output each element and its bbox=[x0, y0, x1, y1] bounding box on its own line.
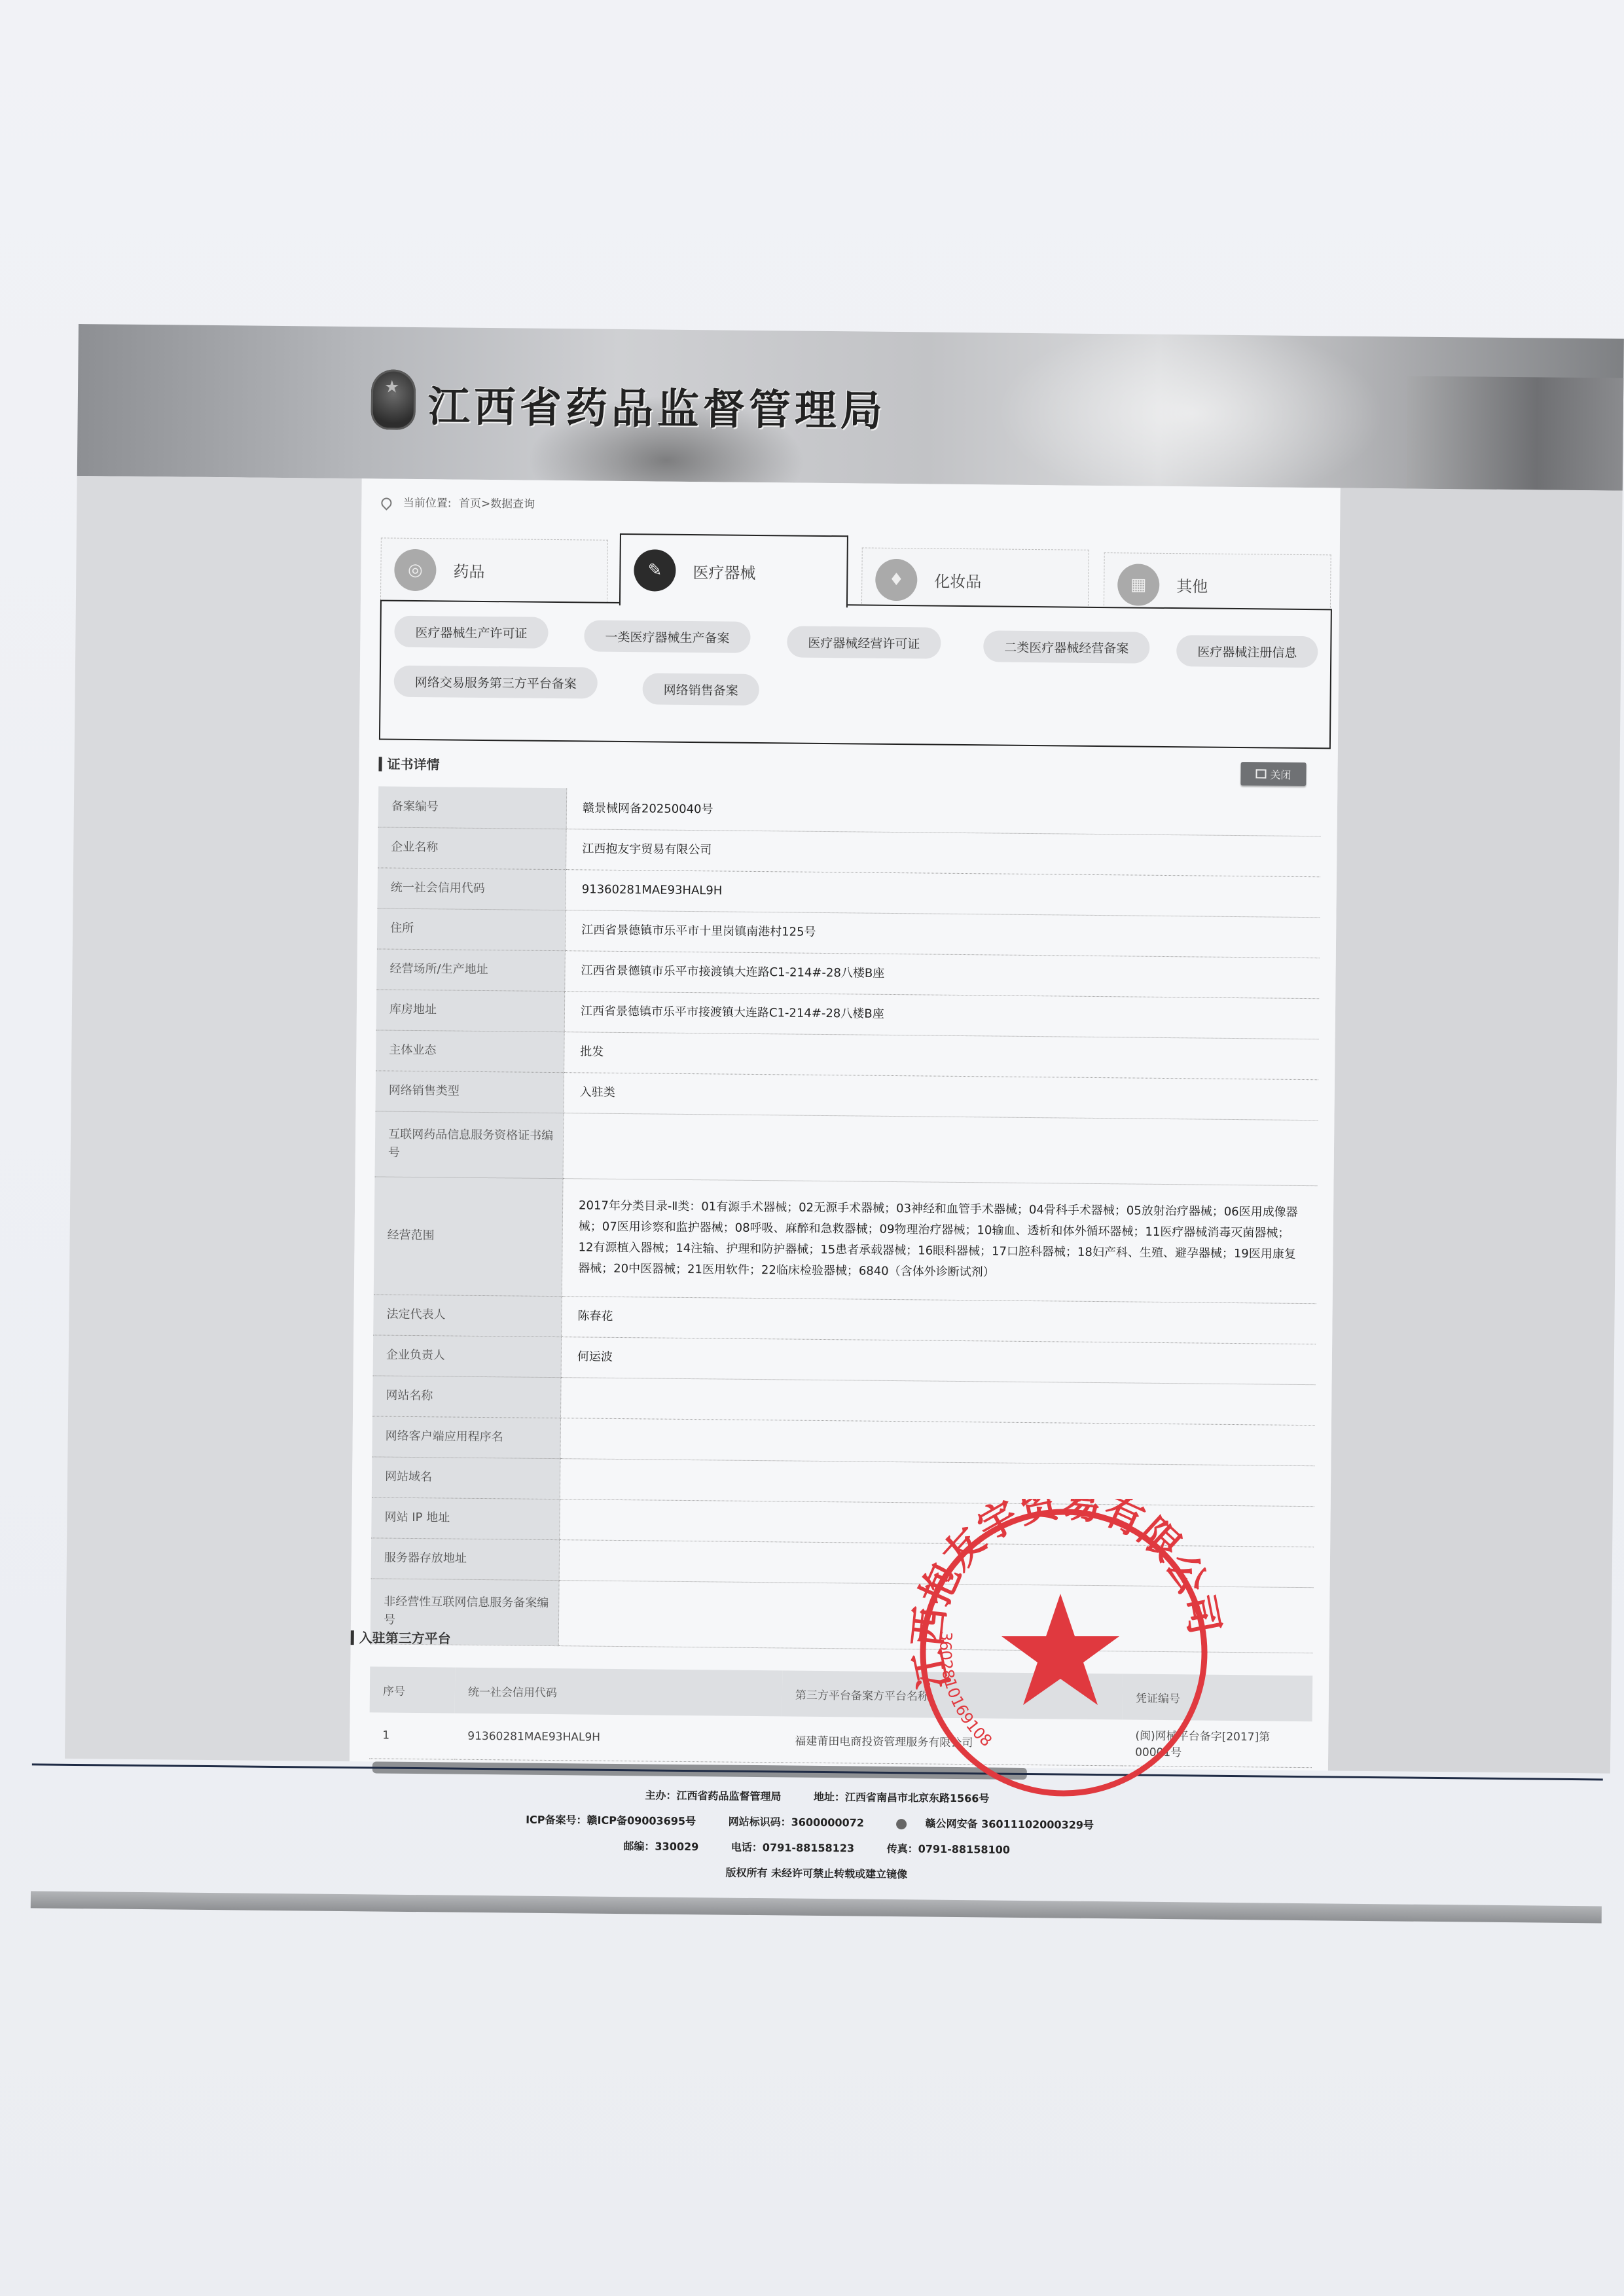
row-certificate-no: (闽)网械平台备字[2017]第00001号 bbox=[1122, 1719, 1312, 1767]
footer-site-code: 网站标识码：3600000072 bbox=[729, 1816, 865, 1829]
national-emblem-icon bbox=[370, 369, 416, 430]
platform-section-title: 入驻第三方平台 bbox=[351, 1630, 451, 1645]
field-value: 江西抱友宇贸易有限公司 bbox=[566, 829, 1321, 876]
subcategory-class1-production-filing[interactable]: 一类医疗器械生产备案 bbox=[584, 620, 750, 653]
footer: 主办：江西省药品监督管理局 地址：江西省南昌市北京东路1566号 ICP备案号：… bbox=[31, 1767, 1602, 1880]
row-platform-name: 福建莆田电商投资管理服务有限公司 bbox=[782, 1716, 1123, 1765]
field-label: 主体业态 bbox=[376, 1030, 564, 1072]
subcategory-operation-license[interactable]: 医疗器械经营许可证 bbox=[787, 626, 941, 658]
tab-cosmetics[interactable]: ♦ 化妆品 bbox=[861, 548, 1089, 613]
subcategory-third-party-platform-filing[interactable]: 网络交易服务第三方平台备案 bbox=[394, 666, 598, 699]
subcategory-registration-info[interactable]: 医疗器械注册信息 bbox=[1176, 635, 1318, 668]
main-content: 当前位置: 首页>数据查询 ◎ 药品 ✎ 医疗器械 ♦ 化妆品 ▦ bbox=[350, 478, 1341, 1770]
police-badge-icon bbox=[896, 1819, 907, 1829]
header-banner: 江西省药品监督管理局 bbox=[77, 324, 1624, 491]
field-value bbox=[560, 1377, 1315, 1425]
left-margin bbox=[65, 476, 362, 1761]
table-row: 非经营性互联网信息服务备案编号 bbox=[370, 1578, 1314, 1653]
location-pin-icon bbox=[379, 495, 394, 511]
field-label: 库房地址 bbox=[376, 989, 565, 1031]
field-value: 江西省景德镇市乐平市十里岗镇南港村125号 bbox=[565, 910, 1320, 958]
column-header: 统一社会信用代码 bbox=[455, 1668, 783, 1717]
column-header: 序号 bbox=[370, 1666, 456, 1713]
grid-icon: ▦ bbox=[1117, 564, 1160, 606]
field-label: 企业名称 bbox=[378, 827, 566, 869]
field-value: 赣景械网备20250040号 bbox=[566, 788, 1321, 836]
field-value: 何运波 bbox=[561, 1336, 1316, 1384]
field-label: 法定代表人 bbox=[373, 1294, 562, 1336]
scanned-webpage: 江西省药品监督管理局 当前位置: 首页>数据查询 ◎ 药品 ✎ 医疗器械 bbox=[63, 324, 1624, 1929]
cosmetics-icon: ♦ bbox=[875, 558, 918, 601]
footer-sponsor: 主办：江西省药品监督管理局 bbox=[645, 1789, 781, 1803]
field-value: 江西省景德镇市乐平市接渡镇大连路C1-214#-28八楼B座 bbox=[565, 950, 1320, 998]
category-tabs: ◎ 药品 ✎ 医疗器械 ♦ 化妆品 ▦ 其他 bbox=[380, 531, 1330, 605]
row-index: 1 bbox=[369, 1712, 455, 1759]
window-icon bbox=[1255, 769, 1266, 778]
field-value: 91360281MAE93HAL9H bbox=[566, 869, 1320, 917]
field-value bbox=[560, 1458, 1314, 1506]
tab-label: 药品 bbox=[453, 559, 484, 582]
column-header: 第三方平台备案方平台名称 bbox=[782, 1670, 1123, 1719]
field-label: 经营场所/生产地址 bbox=[376, 948, 565, 991]
field-label: 网络客户端应用程序名 bbox=[372, 1416, 560, 1458]
field-label: 服务器存放地址 bbox=[371, 1537, 560, 1580]
breadcrumb: 当前位置: 首页>数据查询 bbox=[381, 493, 535, 511]
subcategory-online-sales-filing[interactable]: 网络销售备案 bbox=[642, 673, 759, 706]
table-row: 互联网药品信息服务资格证书编号 bbox=[375, 1111, 1318, 1185]
table-row: 1 91360281MAE93HAL9H 福建莆田电商投资管理服务有限公司 (闽… bbox=[369, 1712, 1312, 1767]
tab-medicine[interactable]: ◎ 药品 bbox=[380, 537, 608, 602]
breadcrumb-path[interactable]: 首页>数据查询 bbox=[459, 497, 535, 511]
banner-photo-block bbox=[1407, 376, 1624, 490]
tab-label: 化妆品 bbox=[934, 569, 981, 592]
field-value: 2017年分类目录-Ⅱ类：01有源手术器械；02无源手术器械；03神经和血管手术… bbox=[562, 1178, 1317, 1303]
field-label: 网站域名 bbox=[372, 1456, 560, 1499]
field-label: 网站名称 bbox=[372, 1375, 561, 1418]
medicine-icon: ◎ bbox=[394, 548, 437, 591]
field-value bbox=[563, 1113, 1318, 1185]
column-header: 凭证编号 bbox=[1123, 1674, 1313, 1721]
syringe-icon: ✎ bbox=[634, 549, 676, 592]
field-value: 入驻类 bbox=[564, 1072, 1318, 1120]
field-label: 网站 IP 地址 bbox=[371, 1497, 560, 1539]
footer-icp[interactable]: ICP备案号：赣ICP备09003695号 bbox=[526, 1814, 696, 1827]
right-margin bbox=[1328, 488, 1623, 1774]
field-value bbox=[559, 1539, 1314, 1587]
field-value: 江西省景德镇市乐平市接渡镇大连路C1-214#-28八楼B座 bbox=[564, 991, 1319, 1039]
footer-address: 地址：江西省南昌市北京东路1566号 bbox=[814, 1791, 990, 1805]
subcategory-class2-operation-filing[interactable]: 二类医疗器械经营备案 bbox=[983, 630, 1149, 663]
field-value: 陈春花 bbox=[562, 1296, 1316, 1344]
field-label: 互联网药品信息服务资格证书编号 bbox=[375, 1111, 564, 1178]
field-label: 经营范围 bbox=[374, 1176, 563, 1296]
tab-medical-devices[interactable]: ✎ 医疗器械 bbox=[619, 533, 848, 607]
footer-phone: 电话：0791-88158123 bbox=[731, 1841, 854, 1855]
certificate-section-title: 证书详情 bbox=[378, 757, 439, 772]
certificate-detail-table: 备案编号赣景械网备20250040号企业名称江西抱友宇贸易有限公司统一社会信用代… bbox=[370, 786, 1322, 1653]
footer-bar bbox=[31, 1891, 1602, 1923]
row-credit-code: 91360281MAE93HAL9H bbox=[454, 1713, 782, 1763]
field-value: 批发 bbox=[564, 1031, 1319, 1079]
breadcrumb-label: 当前位置: bbox=[403, 497, 452, 511]
close-button[interactable]: 关闭 bbox=[1240, 762, 1306, 786]
field-label: 住所 bbox=[377, 908, 566, 950]
tab-label: 医疗器械 bbox=[693, 560, 755, 583]
field-label: 网络销售类型 bbox=[375, 1070, 564, 1113]
scanned-paper: 江西省药品监督管理局 当前位置: 首页>数据查询 ◎ 药品 ✎ 医疗器械 bbox=[0, 0, 1624, 2296]
footer-fax: 传真：0791-88158100 bbox=[887, 1842, 1010, 1856]
field-label: 备案编号 bbox=[378, 786, 567, 829]
footer-postcode: 邮编：330029 bbox=[623, 1840, 698, 1853]
field-value bbox=[558, 1580, 1313, 1653]
subcategory-panel: 医疗器械生产许可证 一类医疗器械生产备案 医疗器械经营许可证 二类医疗器械经营备… bbox=[379, 600, 1332, 749]
subcategory-production-license[interactable]: 医疗器械生产许可证 bbox=[394, 616, 548, 649]
field-value bbox=[560, 1418, 1315, 1465]
field-label: 统一社会信用代码 bbox=[377, 867, 566, 910]
tab-label: 其他 bbox=[1176, 573, 1208, 596]
field-label: 企业负责人 bbox=[373, 1335, 562, 1377]
field-value bbox=[560, 1499, 1314, 1547]
table-row: 经营范围2017年分类目录-Ⅱ类：01有源手术器械；02无源手术器械；03神经和… bbox=[374, 1176, 1318, 1303]
footer-copyright: 版权所有 未经许可禁止转载或建立镜像 bbox=[725, 1867, 907, 1881]
footer-police[interactable]: 赣公网安备 36011102000329号 bbox=[925, 1818, 1094, 1831]
site-title: 江西省药品监督管理局 bbox=[427, 373, 886, 438]
platform-table: 序号 统一社会信用代码 第三方平台备案方平台名称 凭证编号 1 91360281… bbox=[369, 1666, 1312, 1768]
close-button-label: 关闭 bbox=[1270, 766, 1291, 781]
